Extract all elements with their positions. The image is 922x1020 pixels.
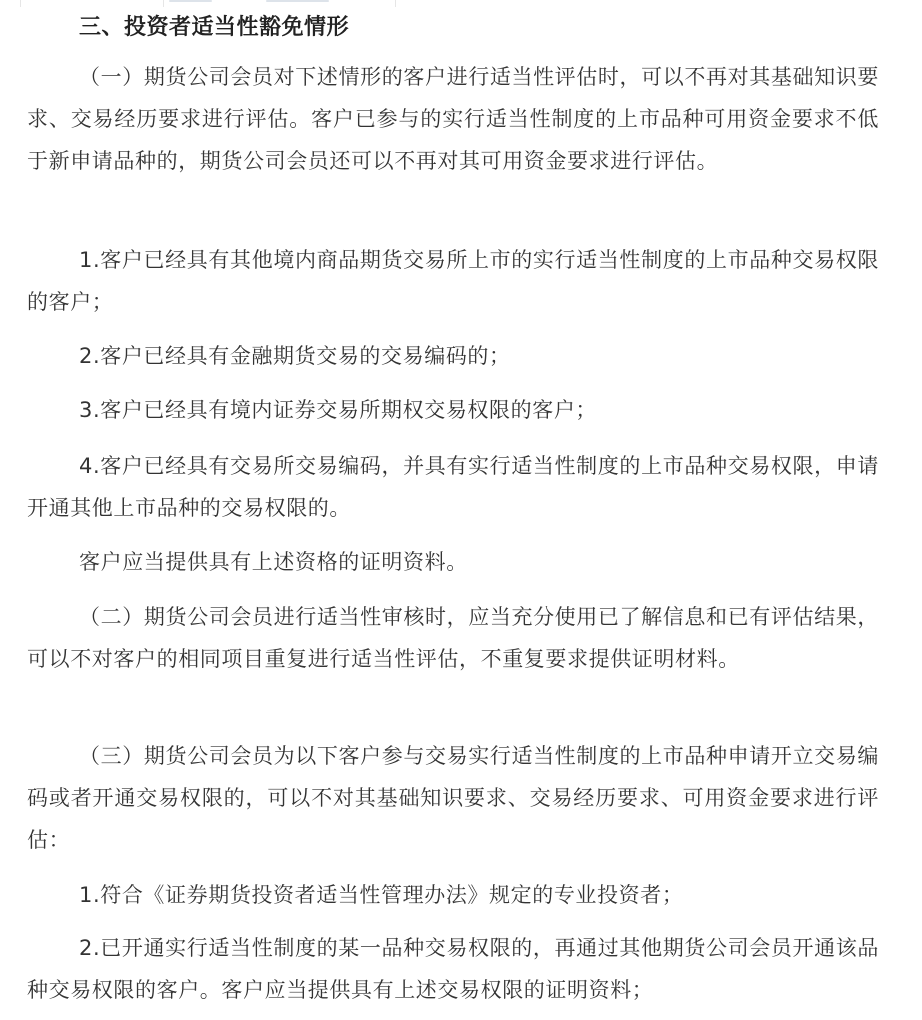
divider-line — [20, 0, 21, 7]
list-item-2: 2.客户已经具有金融期货交易的交易编码的； — [27, 335, 879, 377]
list-item-3: 3.客户已经具有境内证券交易所期权交易权限的客户； — [27, 389, 879, 431]
cropped-top-ui-strip — [0, 0, 922, 8]
scroll-indicator-bar — [169, 0, 212, 2]
paragraph-exemption-2: （二）期货公司会员进行适当性审核时，应当充分使用已了解信息和已有评估结果，可以不… — [27, 596, 879, 680]
section-heading: 三、投资者适当性豁免情形 — [79, 10, 349, 41]
list-item-existing-permission: 2.已开通实行适当性制度的某一品种交易权限的，再通过其他期货公司会员开通该品种交… — [27, 927, 879, 1011]
list-item-professional-investor: 1.符合《证券期货投资者适当性管理办法》规定的专业投资者； — [27, 874, 879, 916]
scroll-indicator-bar — [266, 0, 329, 2]
paragraph-proof-note: 客户应当提供具有上述资格的证明资料。 — [27, 541, 879, 583]
divider-line — [395, 0, 396, 7]
paragraph-exemption-3: （三）期货公司会员为以下客户参与交易实行适当性制度的上市品种申请开立交易编码或者… — [27, 735, 879, 861]
list-item-1: 1.客户已经具有其他境内商品期货交易所上市的实行适当性制度的上市品种交易权限的客… — [27, 239, 879, 323]
paragraph-exemption-1: （一）期货公司会员对下述情形的客户进行适当性评估时，可以不再对其基础知识要求、交… — [27, 56, 879, 182]
divider-line — [163, 0, 164, 7]
list-item-4: 4.客户已经具有交易所交易编码，并具有实行适当性制度的上市品种交易权限，申请开通… — [27, 445, 879, 529]
